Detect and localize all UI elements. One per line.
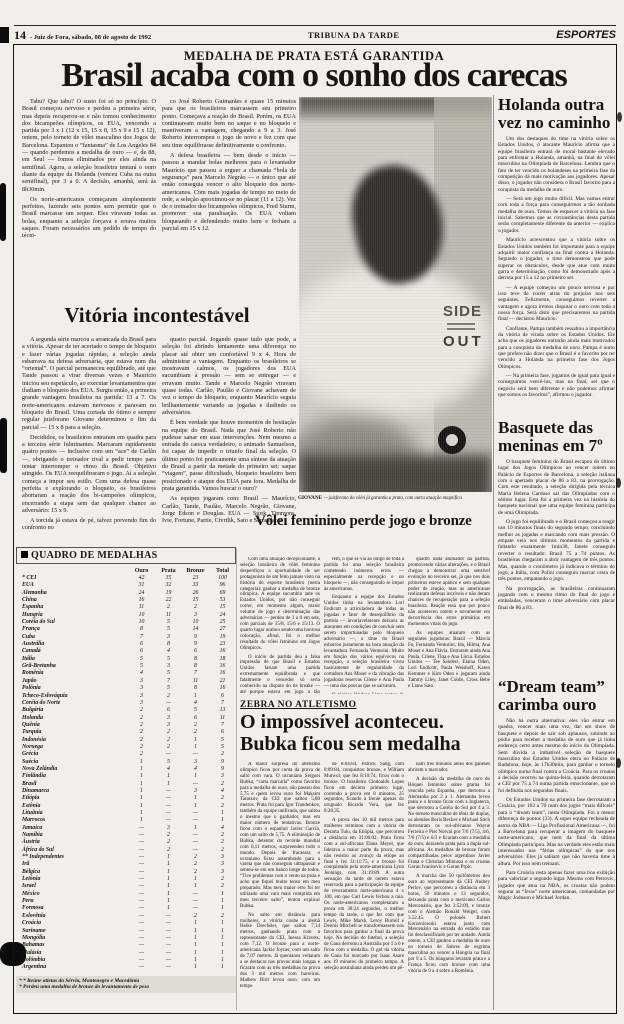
medal-count: 15 xyxy=(182,597,209,604)
medal-row: Brasil11—2 xyxy=(16,781,236,788)
paragraph: — Na primeira fase, jogamos de igual par… xyxy=(498,373,615,398)
medal-row: Alemanha24192669 xyxy=(16,590,236,597)
medal-count: 16 xyxy=(209,685,236,692)
medal-count: 2 xyxy=(182,722,209,729)
country-name: Letônia xyxy=(16,876,128,883)
medal-count: 96 xyxy=(209,582,236,589)
medal-count: 1 xyxy=(128,781,155,788)
medal-count: — xyxy=(155,928,182,935)
medal-count: 1 xyxy=(182,795,209,802)
paragraph: — Será um jogo muito difícil. Mas vamos … xyxy=(498,196,615,234)
medal-count: 5 xyxy=(155,619,182,626)
medal-count: — xyxy=(128,891,155,898)
victoria-headline: Vitória incontestável xyxy=(16,303,298,328)
medal-row: Peru—1—1 xyxy=(16,898,236,905)
medal-count: 1 xyxy=(209,905,236,912)
medal-count: — xyxy=(182,817,209,824)
medal-row: Jamaica—314 xyxy=(16,825,236,832)
bubka-col3: nalti três minutos antes dos ganeses abr… xyxy=(408,762,490,1010)
medal-count: 1 xyxy=(182,744,209,751)
col-bronze: Bronze xyxy=(182,568,209,574)
medal-count: — xyxy=(182,905,209,912)
medal-count: 2 xyxy=(209,913,236,920)
medal-count: — xyxy=(155,957,182,964)
country-name: * CEI xyxy=(16,575,128,582)
square-bullet-icon xyxy=(21,551,28,558)
medal-count: — xyxy=(182,839,209,846)
country-name: Tcheco-Eslováquia xyxy=(16,693,128,700)
medal-count: 1 xyxy=(155,773,182,780)
medal-count: 2 xyxy=(209,751,236,758)
paragraph: Para Croácia resta apenas fazer uma boa … xyxy=(498,870,615,902)
medal-count: 16 xyxy=(209,648,236,655)
medal-count: 1 xyxy=(182,964,209,971)
page-number: 14 xyxy=(14,28,26,42)
medal-count: 6 xyxy=(128,648,155,655)
paragraph: nalti três minutos antes dos ganeses abr… xyxy=(408,762,490,774)
medal-count: 5 xyxy=(155,656,182,663)
medal-count: 8 xyxy=(182,663,209,670)
medal-count: — xyxy=(128,942,155,949)
medal-count: 1 xyxy=(182,883,209,890)
medal-count: 8 xyxy=(128,626,155,633)
medal-count: 22 xyxy=(155,597,182,604)
medal-row: Formosa—1—1 xyxy=(16,905,236,912)
medal-count: 1 xyxy=(155,861,182,868)
medal-count: 32 xyxy=(155,582,182,589)
medal-count: 1 xyxy=(128,773,155,780)
medal-count: 10 xyxy=(128,619,155,626)
country-name: África do Sul xyxy=(16,847,128,854)
country-name: Argentina xyxy=(16,964,128,971)
medal-row: Estônia1—12 xyxy=(16,803,236,810)
paragraph: — A equipe começou um pouco nervosa e po… xyxy=(498,285,615,323)
medal-count: 9 xyxy=(209,766,236,773)
medal-count: 16 xyxy=(209,670,236,677)
volei-fem-col2: rém, o que se via ao longo de toda a par… xyxy=(324,557,404,694)
medal-count: — xyxy=(128,883,155,890)
medal-count: 1 xyxy=(182,942,209,949)
paragraph: A torcida já estava de pé, talvez preven… xyxy=(22,517,156,532)
section-label: ESPORTES xyxy=(556,29,616,41)
country-name: Brasil xyxy=(16,781,128,788)
medal-count: 11 xyxy=(182,678,209,685)
medal-count: 16 xyxy=(209,663,236,670)
medal-count: — xyxy=(128,898,155,905)
medal-count: 1 xyxy=(155,891,182,898)
medal-count: 2 xyxy=(128,744,155,751)
country-name: ** Independentes xyxy=(16,854,128,861)
medal-count: 2 xyxy=(128,715,155,722)
medal-count: 9 xyxy=(182,634,209,641)
medal-count: 1 xyxy=(182,803,209,810)
volei-feminino-headline: Vôlei feminino perde jogo e bronze xyxy=(255,513,472,530)
paragraph: Tabu? Que tabu? O susto foi só no princí… xyxy=(22,98,156,193)
medal-row: Malásia——11 xyxy=(16,950,236,957)
medal-count: 1 xyxy=(128,817,155,824)
scan-artifact xyxy=(0,418,7,473)
medal-count: 1 xyxy=(182,928,209,935)
medal-row: Nova Zelândia1449 xyxy=(16,766,236,773)
medal-count: 1 xyxy=(209,898,236,905)
medal-count: — xyxy=(155,700,182,707)
medal-row: México—1—1 xyxy=(16,891,236,898)
medal-count: 26 xyxy=(182,590,209,597)
medal-row: Coréia do Sul1051025 xyxy=(16,619,236,626)
medal-count: 6 xyxy=(182,648,209,655)
country-name: Quênia xyxy=(16,722,128,729)
medal-row: Cuba73919 xyxy=(16,634,236,641)
medal-count: 3 xyxy=(209,773,236,780)
medal-count: 35 xyxy=(155,575,182,582)
medal-count: 5 xyxy=(155,759,182,766)
medal-row: Argentina——11 xyxy=(16,964,236,971)
medal-count: 2 xyxy=(209,781,236,788)
medal-count: 1 xyxy=(209,950,236,957)
medal-count: 18 xyxy=(209,656,236,663)
medal-row: Bahamas——11 xyxy=(16,942,236,949)
medal-count: 6 xyxy=(128,641,155,648)
medal-count: 3 xyxy=(155,715,182,722)
medal-count: 7 xyxy=(155,678,182,685)
medal-row: ** Independentes—123 xyxy=(16,854,236,861)
caption-subject: GIOVANE xyxy=(298,495,322,501)
medal-count: 1 xyxy=(209,891,236,898)
medal-count: 2 xyxy=(182,854,209,861)
country-name: Dinamarca xyxy=(16,788,128,795)
medal-count: — xyxy=(128,854,155,861)
page-number-dateline: 14 - Juiz de Fora, sábado, 08 de agosto … xyxy=(14,26,151,44)
medal-count: 5 xyxy=(155,670,182,677)
medal-count: 2 xyxy=(155,744,182,751)
volei-fem-col3: quadro nada animador da partida, promove… xyxy=(408,557,490,694)
medal-table: QUADRO DE MEDALHAS Ouro Prata Bronze Tot… xyxy=(16,547,236,1010)
paragraph: Maurício acrescentou que a vitória sobre… xyxy=(498,237,615,281)
page-header: 14 - Juiz de Fora, sábado, 08 de agosto … xyxy=(14,25,616,44)
paragraph: Com uma atuação decepcionante, a seleção… xyxy=(240,557,320,652)
medal-count: 7 xyxy=(209,722,236,729)
medal-count: 2 xyxy=(209,883,236,890)
medal-count: 1 xyxy=(209,817,236,824)
medal-count: 3 xyxy=(155,634,182,641)
medal-count: 33 xyxy=(182,582,209,589)
medal-row: África do Sul—2—2 xyxy=(16,847,236,854)
medal-count: 69 xyxy=(209,590,236,597)
country-name: Eslovênia xyxy=(16,913,128,920)
photo-caption: GIOVANE — juizforano do vôlei já garanti… xyxy=(298,495,498,501)
main-story-col2: co José Roberto Guimarães e quase 15 min… xyxy=(162,98,296,301)
medal-count: 5 xyxy=(209,744,236,751)
medal-count: 31 xyxy=(128,582,155,589)
medal-count: 4 xyxy=(209,825,236,832)
country-name: Polônia xyxy=(16,685,128,692)
country-name: Irã xyxy=(16,861,128,868)
medal-count: — xyxy=(155,788,182,795)
medal-row: Turquia2226 xyxy=(16,729,236,736)
medal-count: 1 xyxy=(128,810,155,817)
vertical-rule xyxy=(236,548,237,1010)
medal-count: — xyxy=(128,905,155,912)
bubka-kicker: ZEBRA NO ATLETISMO xyxy=(240,700,357,710)
bubka-headline: O impossível aconteceu. Bubka ficou sem … xyxy=(240,711,492,755)
medal-count: 2 xyxy=(182,604,209,611)
paragraph: A prova dos 10 mil metros para mulheres … xyxy=(324,818,404,972)
medal-count: 9 xyxy=(182,641,209,648)
medal-count: — xyxy=(155,920,182,927)
medal-row: Polônia35816 xyxy=(16,685,236,692)
medal-row: Croácia——11 xyxy=(16,920,236,927)
country-name: Formosa xyxy=(16,905,128,912)
paragraph: Enquanto a equipe dos Estados Unidos tin… xyxy=(324,595,404,690)
medal-count: 2 xyxy=(128,751,155,758)
medal-count: 15 xyxy=(209,604,236,611)
medal-count: 1 xyxy=(128,759,155,766)
medal-count: 8 xyxy=(182,656,209,663)
photo-grain-overlay xyxy=(299,97,492,492)
medal-count: 2 xyxy=(155,832,182,839)
main-story-col1: Tabu? Que tabu? O susto foi só no princí… xyxy=(22,98,156,301)
country-name: Grã-Bretanha xyxy=(16,663,128,670)
medal-count: — xyxy=(182,847,209,854)
medal-count: 23 xyxy=(209,641,236,648)
dream-team-text: Não há outra alternativa: eles vão entra… xyxy=(498,718,615,1010)
medal-row: Marrocos1——1 xyxy=(16,817,236,824)
paragraph: Decididos, os brasileiros entraram em qu… xyxy=(22,434,156,514)
country-name: Nova Zelândia xyxy=(16,766,128,773)
medal-count: 2 xyxy=(155,729,182,736)
medal-count: 3 xyxy=(155,722,182,729)
caption-text: — juizforano do vôlei já garantiu a prat… xyxy=(322,496,462,501)
medal-row: Austrália68923 xyxy=(16,641,236,648)
medal-count: 4 xyxy=(182,700,209,707)
medal-count: — xyxy=(182,810,209,817)
medal-row: Suriname——11 xyxy=(16,928,236,935)
medal-count: 2 xyxy=(128,722,155,729)
country-name: Finlândia xyxy=(16,773,128,780)
newspaper-page: 14 - Juiz de Fora, sábado, 08 de agosto … xyxy=(0,0,624,1024)
bubka-col2: de 8:04:84, Patrick Sang, com 8:09:84, c… xyxy=(324,762,404,1010)
medal-count: 2 xyxy=(209,847,236,854)
country-name: China xyxy=(16,597,128,604)
medal-row: Colômbia——11 xyxy=(16,957,236,964)
medal-count: 1 xyxy=(155,869,182,876)
medal-count: 13 xyxy=(209,707,236,714)
medal-count: 1 xyxy=(209,920,236,927)
medal-row: Mongólia——11 xyxy=(16,935,236,942)
photo-volleyball-giovane: SIDE OUT xyxy=(299,97,492,492)
medal-count: 11 xyxy=(155,612,182,619)
country-name: Noruega xyxy=(16,744,128,751)
country-name: Áustria xyxy=(16,839,128,846)
bubka-headline-line2: Bubka ficou sem medalha xyxy=(240,733,492,755)
medal-count: 24 xyxy=(209,612,236,619)
medal-row: Noruega2215 xyxy=(16,744,236,751)
medal-count: — xyxy=(128,913,155,920)
medal-table-rows: * CEI423523100EUA31323396Alemanha2419266… xyxy=(16,575,236,972)
medal-count: 3 xyxy=(182,788,209,795)
medal-count: 27 xyxy=(209,626,236,633)
medal-count: 1 xyxy=(155,883,182,890)
country-name: EUA xyxy=(16,582,128,589)
country-name: Bélgica xyxy=(16,869,128,876)
medal-count: 3 xyxy=(155,825,182,832)
medal-count: 2 xyxy=(155,693,182,700)
paragraph: A decisão da medalha de ouro do Hóquei f… xyxy=(408,777,490,872)
medal-count: — xyxy=(128,847,155,854)
medal-count: 3 xyxy=(155,663,182,670)
medal-count: — xyxy=(128,876,155,883)
medal-count: — xyxy=(182,751,209,758)
paragraph: O início de partida deu a falsa impressã… xyxy=(240,655,320,695)
country-name: Suécia xyxy=(16,759,128,766)
country-name: Hungria xyxy=(16,612,128,619)
victoria-col1: A segunda série marcou a arrancada do Br… xyxy=(22,336,156,544)
medal-row: Indonésia2215 xyxy=(16,737,236,744)
country-name: Alemanha xyxy=(16,590,128,597)
medal-row: EUA31323396 xyxy=(16,582,236,589)
medal-count: — xyxy=(128,957,155,964)
medal-count: 1 xyxy=(155,898,182,905)
bubka-headline-line1: O impossível aconteceu. xyxy=(240,711,492,733)
medal-count: 7 xyxy=(128,634,155,641)
medal-count: 2 xyxy=(182,913,209,920)
paragraph: quarto parcial. Jogando quase tudo que p… xyxy=(162,336,296,416)
medal-count: 1 xyxy=(128,788,155,795)
country-name: Coréia do Norte xyxy=(16,700,128,707)
medal-table-title-text: QUADRO DE MEDALHAS xyxy=(31,550,158,561)
medal-count: 2 xyxy=(182,729,209,736)
medal-count: 8 xyxy=(182,685,209,692)
medal-count: — xyxy=(155,803,182,810)
medal-count: 1 xyxy=(182,950,209,957)
medal-count: 4 xyxy=(209,788,236,795)
medal-count: 1 xyxy=(182,825,209,832)
medal-count: 2 xyxy=(209,803,236,810)
country-name: Marrocos xyxy=(16,817,128,824)
medal-count: 1 xyxy=(128,803,155,810)
paragraph: co José Roberto Guimarães e quase 15 min… xyxy=(162,98,296,149)
holanda-headline: Holanda outra vez no caminho xyxy=(498,96,615,132)
main-headline: Brasil acaba com o sonho dos carecas xyxy=(18,57,610,95)
medal-table-header: Ouro Prata Bronze Total xyxy=(16,568,236,574)
medal-count: — xyxy=(155,751,182,758)
medal-count: — xyxy=(155,964,182,971)
medal-count: 1 xyxy=(182,693,209,700)
medal-count: 3 xyxy=(128,693,155,700)
medal-count: 4 xyxy=(128,670,155,677)
medal-count: 19 xyxy=(209,634,236,641)
medal-row: Canadá64616 xyxy=(16,648,236,655)
dream-team-headline: “Dream team” carimba ouro xyxy=(498,678,615,714)
medal-count: 2 xyxy=(155,839,182,846)
dateline: - Juiz de Fora, sábado, 08 de agosto de … xyxy=(30,34,151,41)
medal-count: 10 xyxy=(128,612,155,619)
bubka-col1: A maior surpresa do atletismo olímpico f… xyxy=(240,762,320,1010)
medal-count: 1 xyxy=(182,957,209,964)
medal-count: 16 xyxy=(128,597,155,604)
medal-count: 100 xyxy=(209,575,236,582)
medal-count: — xyxy=(155,913,182,920)
medal-count: 7 xyxy=(209,700,236,707)
medal-count: 2 xyxy=(209,832,236,839)
medal-count: 14 xyxy=(182,626,209,633)
medal-row: Etiópia1—12 xyxy=(16,795,236,802)
paragraph: A maior surpresa do atletismo olímpico f… xyxy=(240,762,320,910)
medal-row: Eslovênia——22 xyxy=(16,913,236,920)
medal-count: — xyxy=(128,964,155,971)
country-name: Holanda xyxy=(16,715,128,722)
col-ouro: Ouro xyxy=(128,568,155,574)
medal-count: — xyxy=(182,832,209,839)
medal-count: 3 xyxy=(128,685,155,692)
medal-count: 3 xyxy=(209,869,236,876)
medal-count: 6 xyxy=(209,729,236,736)
paragraph: No salto em distância para mulheres, a v… xyxy=(240,913,320,990)
medal-count: 2 xyxy=(155,604,182,611)
country-name: Croácia xyxy=(16,920,128,927)
country-name: Coréia do Sul xyxy=(16,619,128,626)
medal-row: Romênia45716 xyxy=(16,670,236,677)
paragraph: O técnico Wadson Lima tentou de todas as… xyxy=(324,693,404,694)
medal-count: — xyxy=(155,795,182,802)
paragraph: A segunda série marcou a arrancada do Br… xyxy=(22,336,156,431)
medal-count: 42 xyxy=(128,575,155,582)
medal-table-title: QUADRO DE MEDALHAS xyxy=(16,547,236,564)
medal-count: — xyxy=(128,861,155,868)
medal-count: 1 xyxy=(155,905,182,912)
medal-count: — xyxy=(128,869,155,876)
medal-count: 4 xyxy=(155,766,182,773)
medal-count: 3 xyxy=(209,861,236,868)
country-name: Bulgária xyxy=(16,707,128,714)
medal-count: 1 xyxy=(209,928,236,935)
col-prata: Prata xyxy=(155,568,182,574)
country-name: Japão xyxy=(16,678,128,685)
medal-count: — xyxy=(155,935,182,942)
medal-count: 3 xyxy=(182,612,209,619)
medal-count: 1 xyxy=(128,766,155,773)
medal-row: Finlândia1113 xyxy=(16,773,236,780)
paragraph: Os Estados Unidos na primeira fase derro… xyxy=(498,797,615,867)
medal-row: Lituânia1——1 xyxy=(16,810,236,817)
medal-count: — xyxy=(155,817,182,824)
medal-row: Grã-Bretanha53816 xyxy=(16,663,236,670)
medal-count: 1 xyxy=(155,781,182,788)
medal-count: — xyxy=(128,950,155,957)
medal-count: 6 xyxy=(209,693,236,700)
medal-row: Áustria—2—2 xyxy=(16,839,236,846)
medal-count: 1 xyxy=(182,935,209,942)
medal-count: — xyxy=(128,935,155,942)
medal-count: 1 xyxy=(182,773,209,780)
paragraph: Os norte-americanos começaram simplesmen… xyxy=(22,196,156,240)
country-name: México xyxy=(16,891,128,898)
medal-count: 23 xyxy=(182,575,209,582)
country-name: Jamaica xyxy=(16,825,128,832)
vertical-rule xyxy=(493,95,494,1010)
medal-count: 21 xyxy=(209,678,236,685)
country-name: Malásia xyxy=(16,950,128,957)
medal-count: 4 xyxy=(155,648,182,655)
medal-count: — xyxy=(128,839,155,846)
country-name: Cuba xyxy=(16,634,128,641)
scan-artifact xyxy=(0,27,9,43)
volei-fem-col1: Com uma atuação decepcionante, a seleção… xyxy=(240,557,320,694)
medal-count: 5 xyxy=(209,737,236,744)
medal-count: 2 xyxy=(128,729,155,736)
medal-count: 2 xyxy=(209,876,236,883)
medal-count: — xyxy=(182,781,209,788)
